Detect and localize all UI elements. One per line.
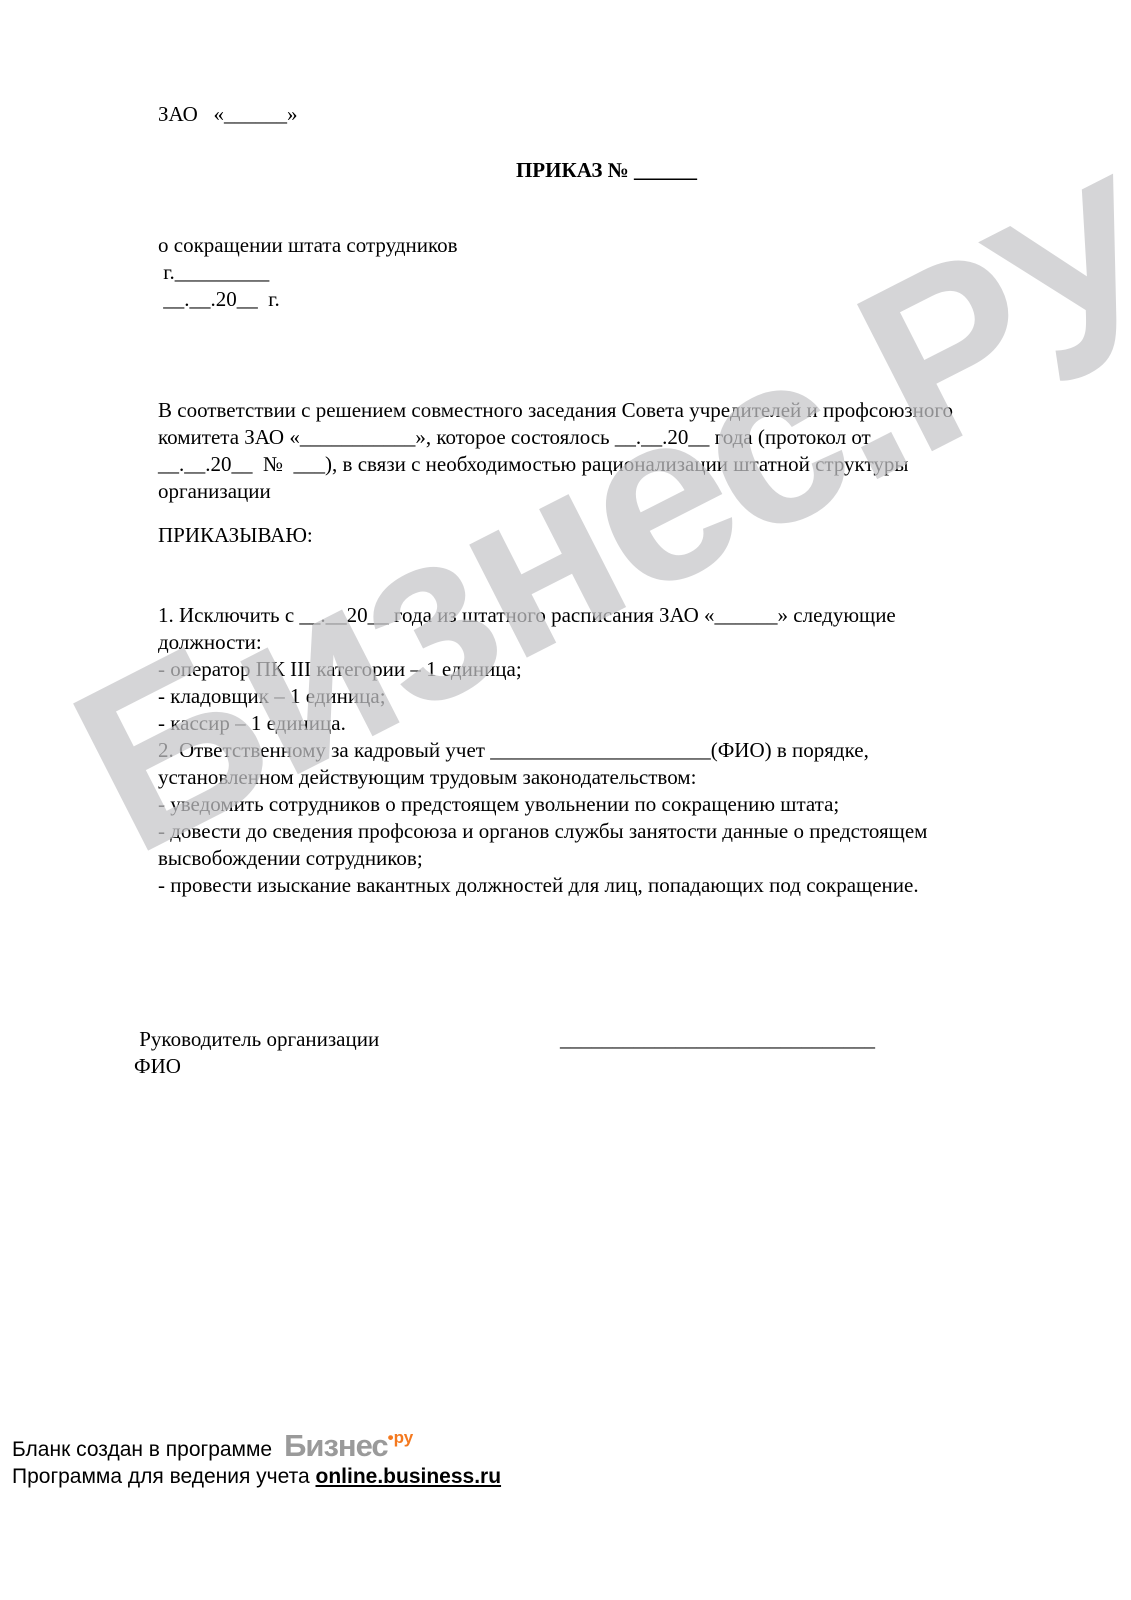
order-item-line: высвобождении сотрудников; <box>158 845 1003 872</box>
order-item-line: 2. Ответственному за кадровый учет _____… <box>158 737 1003 764</box>
intro-line: организации <box>158 478 1003 505</box>
biznes-ru-logo: Бизнес•ру <box>284 1433 413 1464</box>
footer: Бланк создан в программе Бизнес•ру Прогр… <box>12 1433 501 1489</box>
order-title: ПРИКАЗ № ______ <box>184 157 1029 184</box>
intro-line: __.__.20__ № ___), в связи с необходимос… <box>158 451 1003 478</box>
online-business-ru-link[interactable]: online.business.ru <box>316 1465 502 1488</box>
order-item-line: установленном действующим трудовым закон… <box>158 764 1003 791</box>
order-item-line: 1. Исключить с __.__20__ года из штатног… <box>158 602 1003 629</box>
logo-ru-superscript: •ру <box>388 1428 414 1447</box>
signature-blank-line: ______________________________ <box>560 1026 875 1053</box>
footer-program-text: Программа для ведения учета <box>12 1465 316 1488</box>
intro-paragraph: В соответствии с решением совместного за… <box>158 397 1003 505</box>
company-name-line: ЗАО «______» <box>158 101 1003 128</box>
intro-line: В соответствии с решением совместного за… <box>158 397 1003 424</box>
order-item-line: - довести до сведения профсоюза и органо… <box>158 818 1003 845</box>
order-item-line: - кладовщик – 1 единица; <box>158 683 1003 710</box>
footer-created-text: Бланк создан в программе <box>12 1438 272 1462</box>
footer-program-line: Программа для ведения учета online.busin… <box>12 1465 501 1489</box>
order-item-line: - уведомить сотрудников о предстоящем ув… <box>158 791 1003 818</box>
signature-block: Руководитель организации _______________… <box>134 1026 1003 1080</box>
city-blank-line: г._________ <box>158 259 1003 286</box>
document-page: ЗАО «______» ПРИКАЗ № ______ о сокращени… <box>0 0 1131 1600</box>
footer-created-line: Бланк создан в программе Бизнес•ру <box>12 1433 501 1464</box>
intro-line: комитета ЗАО «___________», которое сост… <box>158 424 1003 451</box>
order-subject: о сокращении штата сотрудников <box>158 232 1003 259</box>
order-item-line: должности: <box>158 629 1003 656</box>
order-item-line: - оператор ПК III категории – 1 единица; <box>158 656 1003 683</box>
order-item-line: - провести изыскание вакантных должносте… <box>158 872 1003 899</box>
signature-fio-label: ФИО <box>134 1053 1003 1080</box>
order-document: ЗАО «______» ПРИКАЗ № ______ о сокращени… <box>158 101 1003 1080</box>
logo-text: Бизнес <box>284 1428 388 1463</box>
order-item-line: - кассир – 1 единица. <box>158 710 1003 737</box>
decree-word: ПРИКАЗЫВАЮ: <box>158 522 1003 549</box>
date-blank-line: __.__.20__ г. <box>158 286 1003 313</box>
order-items: 1. Исключить с __.__20__ года из штатног… <box>158 602 1003 899</box>
